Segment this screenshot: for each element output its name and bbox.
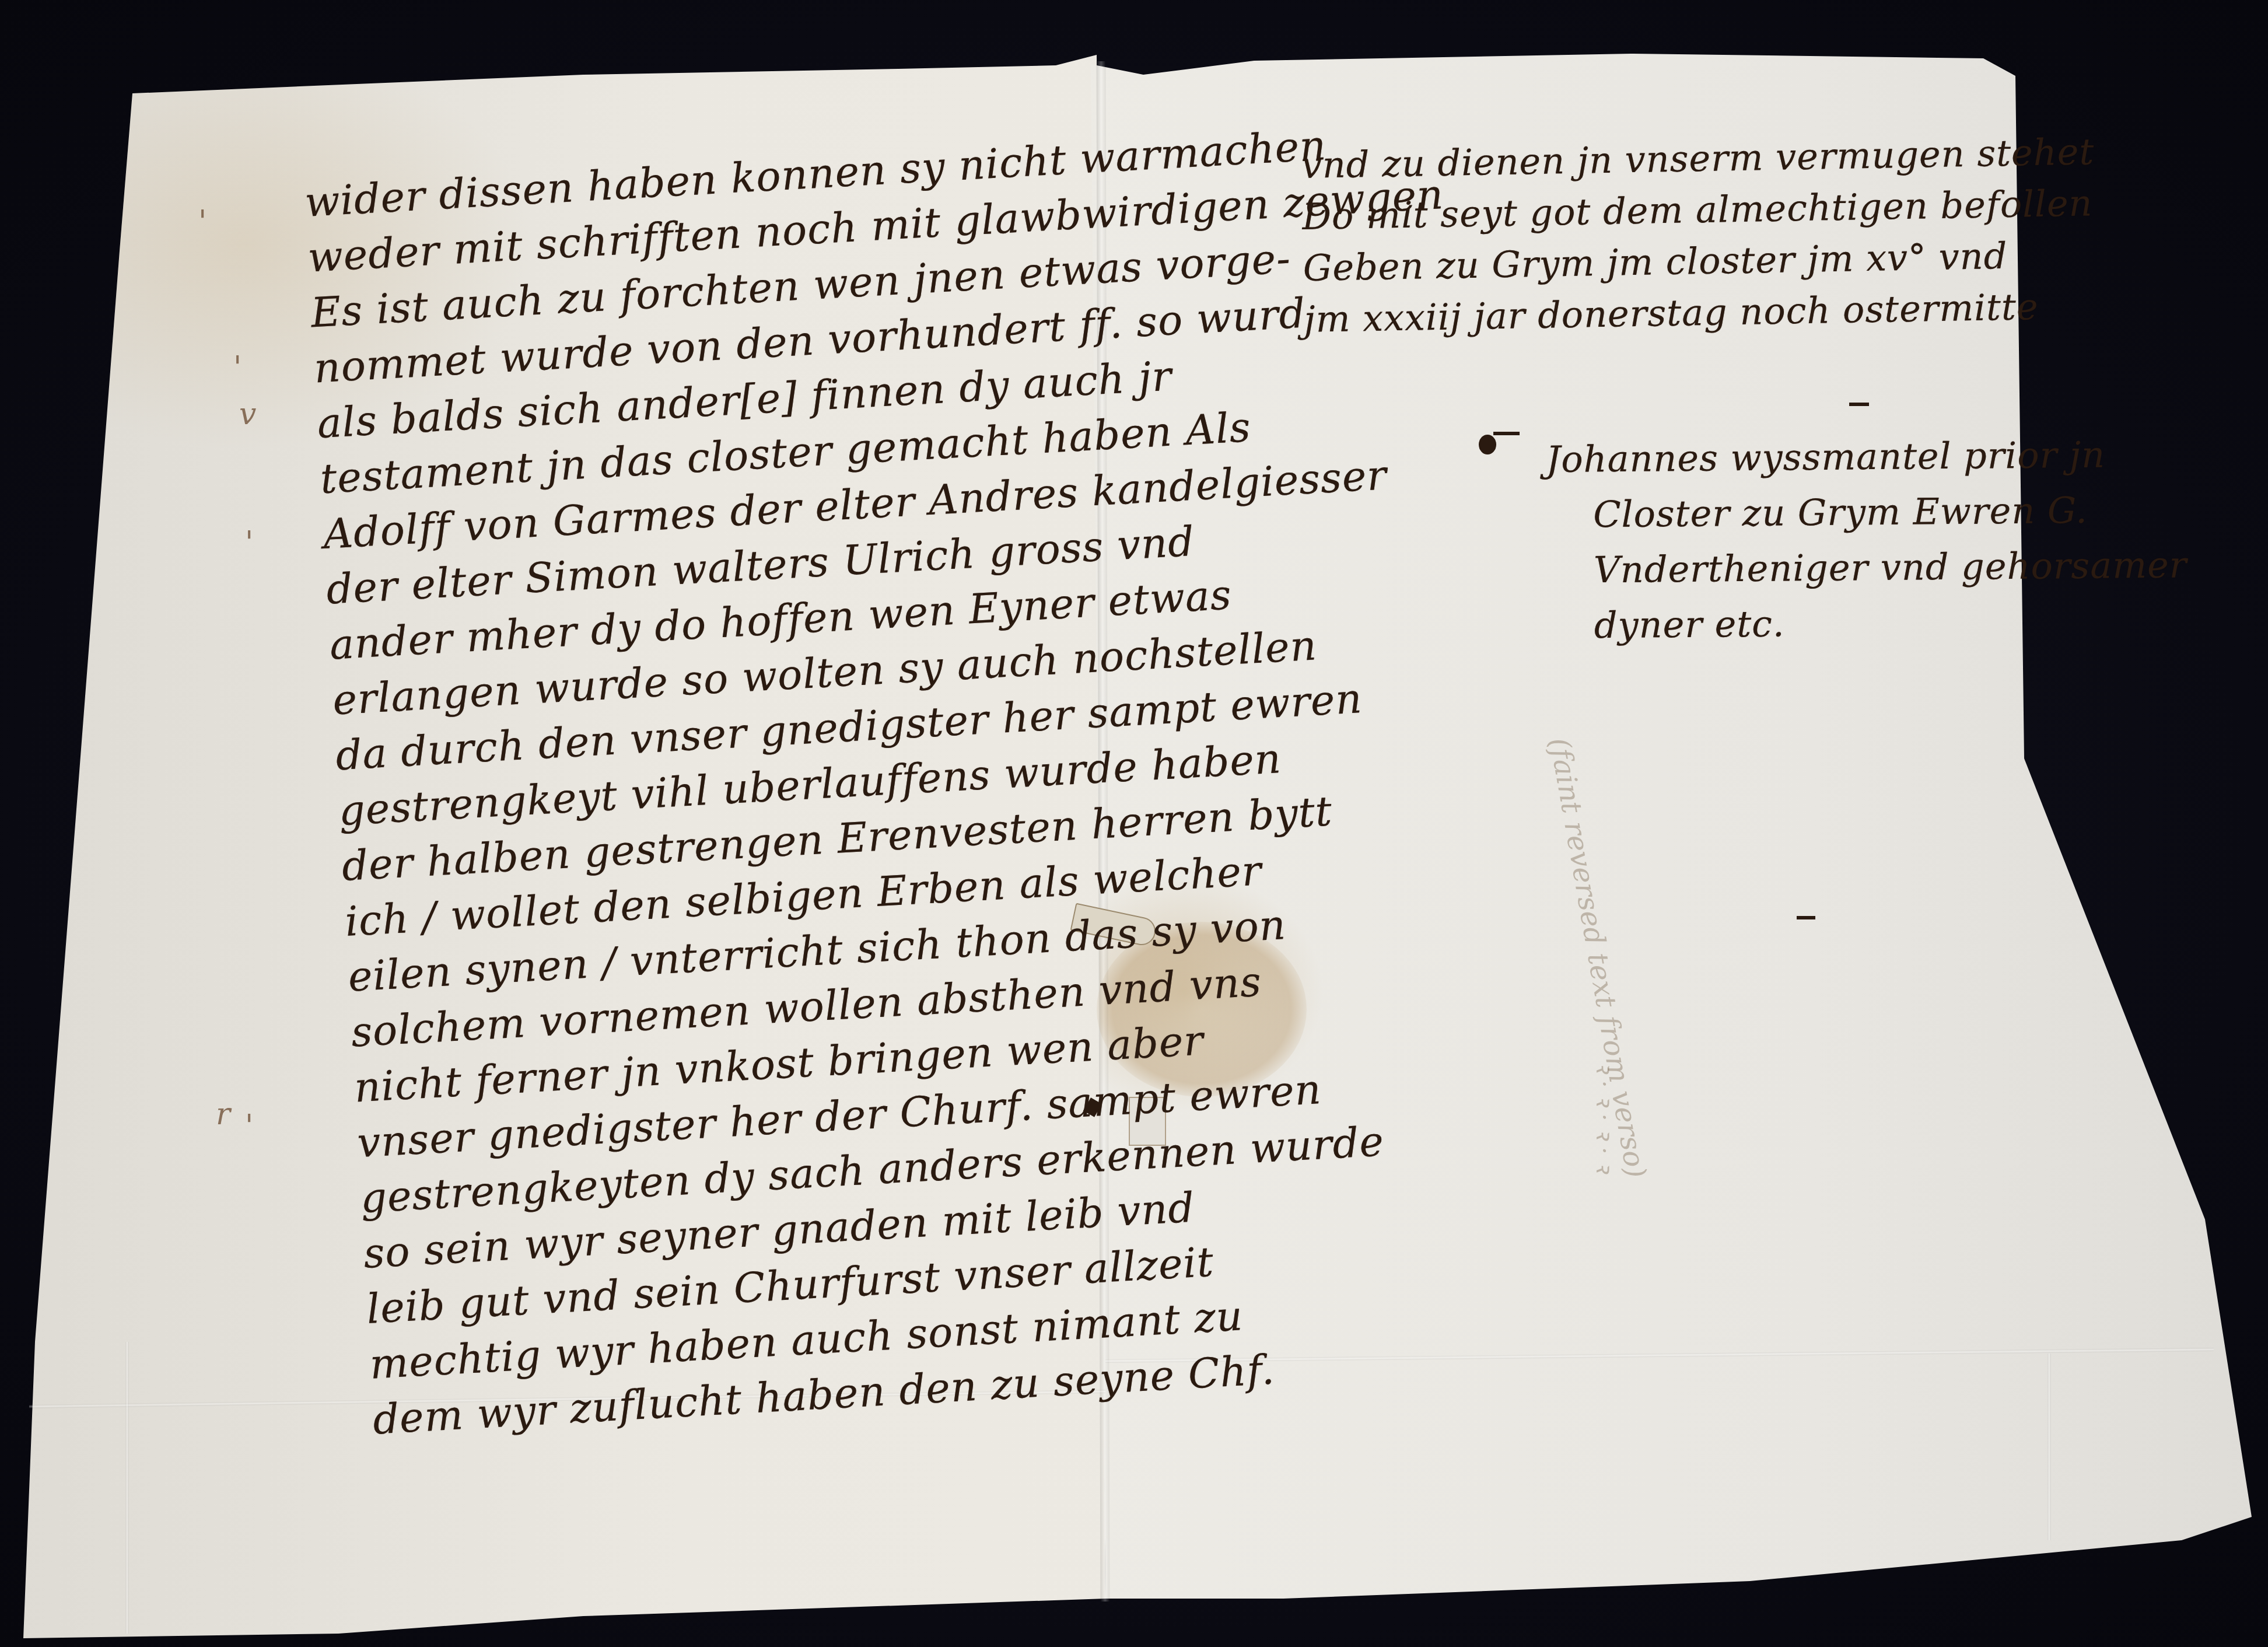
stray-ink-mark [1849, 403, 1869, 406]
signature-block: Johannes wyssmantel prior jn Closter zu … [1546, 426, 2188, 653]
margin-mark: ' [245, 1109, 253, 1144]
signature-line: dyner etc. [1547, 592, 2187, 653]
signature-line: Closter zu Grym Ewren G. [1546, 481, 2187, 543]
stray-ink-mark [1797, 916, 1815, 919]
margin-mark: ' [245, 525, 253, 560]
margin-mark: v [239, 397, 256, 432]
manuscript-sheet: ' ' v ' r ' wider dissen haben konnen sy… [0, 0, 2268, 1647]
paragraph-mark-icon [1479, 435, 1496, 454]
photo-stage: ' ' v ' r ' wider dissen haben konnen sy… [0, 0, 2268, 1647]
vertical-crease-right [2048, 1354, 2051, 1540]
signature-line: Vndertheniger vnd gehorsamer [1547, 537, 2187, 598]
paragraph-mark-stroke-icon [1493, 432, 1520, 435]
margin-mark: ' [233, 350, 242, 385]
bleed-through-marks: ꝛ · ꝛ · ꝛ · ꝛ [1590, 1062, 1622, 1173]
signature-line: Johannes wyssmantel prior jn [1546, 426, 2186, 487]
vertical-crease-left [125, 1342, 129, 1634]
margin-mark: ' [198, 204, 206, 239]
margin-mark: r [216, 1097, 230, 1132]
right-page-closing: vnd zu dienen jn vnserm vermugen stehet … [1301, 126, 2098, 345]
